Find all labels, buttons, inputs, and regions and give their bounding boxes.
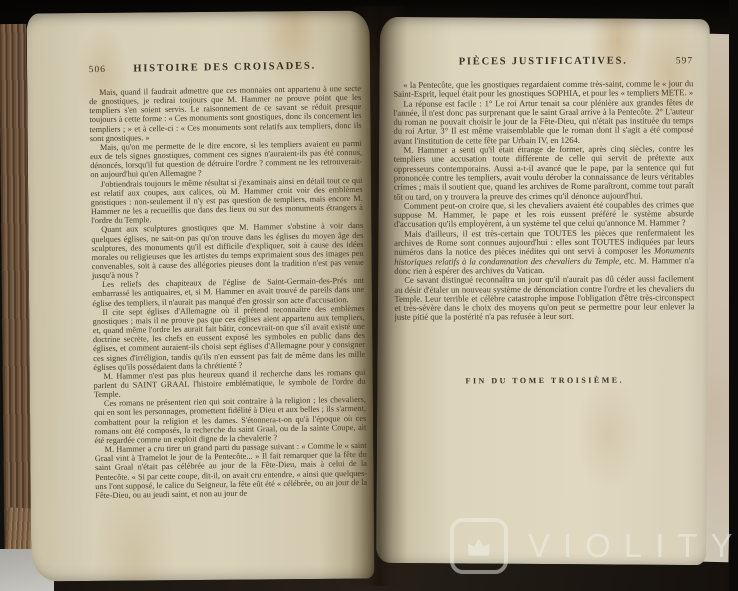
paragraph: J'obtiendrais toujours le même résultat …	[90, 175, 363, 225]
watermark-badge	[450, 518, 508, 574]
paragraph: Quant aux sculptures gnostiques que M. H…	[91, 221, 364, 280]
paragraph: Il cite sept églises d'Allemagne où il p…	[92, 304, 365, 372]
paragraph: Ces romans ne présentent rien qui soit c…	[94, 395, 367, 445]
book-cover-edge	[729, 0, 738, 591]
header-spacer	[321, 68, 361, 69]
violity-watermark: VIOLITY	[450, 518, 738, 574]
paragraph: M. Hammer n'est pas plus heureux quand i…	[93, 368, 365, 400]
running-header: PIÈCES JUSTIFICATIVES.	[433, 55, 653, 67]
paragraph: Ce savant distingué reconnaîtra un jour …	[394, 274, 694, 322]
paragraph: Mais d'ailleurs, il est très-certain que…	[394, 228, 694, 276]
right-page-content: PIÈCES JUSTIFICATIVES. 597 « la Pentecôt…	[393, 55, 695, 385]
right-running-header-row: PIÈCES JUSTIFICATIVES. 597	[393, 55, 693, 68]
paragraph: M. Hammer a cru tirer un grand parti du …	[95, 441, 368, 500]
paragraph: M. Hammer a senti qu'il était étrange de…	[394, 144, 694, 201]
paragraph-text: Mais d'ailleurs, il est très-certain que…	[394, 227, 694, 257]
page-number-right: 597	[653, 56, 693, 66]
watermark-text: VIOLITY	[528, 527, 738, 565]
paragraph: Mais, qu'on me permette de le dire encor…	[90, 139, 363, 180]
running-header: HISTOIRE DES CROISADES.	[129, 61, 321, 75]
right-text-column: « la Pentecôte, que les gnostiques regar…	[393, 79, 694, 322]
paragraph: Comment peut-on croire que, si les cheva…	[394, 200, 694, 229]
open-book-photo: 506 HISTOIRE DES CROISADES. Mais, quand …	[0, 0, 738, 591]
paragraph: « la Pentecôte, que les gnostiques regar…	[393, 79, 693, 99]
page-number-left: 506	[89, 65, 129, 76]
paragraph: Les reliefs des chapiteaux de l'église d…	[92, 276, 364, 308]
volume-end-note: FIN DU TOME TROISIÈME.	[395, 375, 695, 386]
left-page-content: 506 HISTOIRE DES CROISADES. Mais, quand …	[89, 60, 368, 500]
paragraph: La réponse est facile : 1° Le roi Artur …	[393, 98, 693, 146]
crown-icon	[464, 534, 494, 559]
paragraph: Mais, quand il faudrait admettre que ces…	[89, 84, 362, 143]
left-text-column: Mais, quand il faudrait admettre que ces…	[89, 84, 367, 500]
